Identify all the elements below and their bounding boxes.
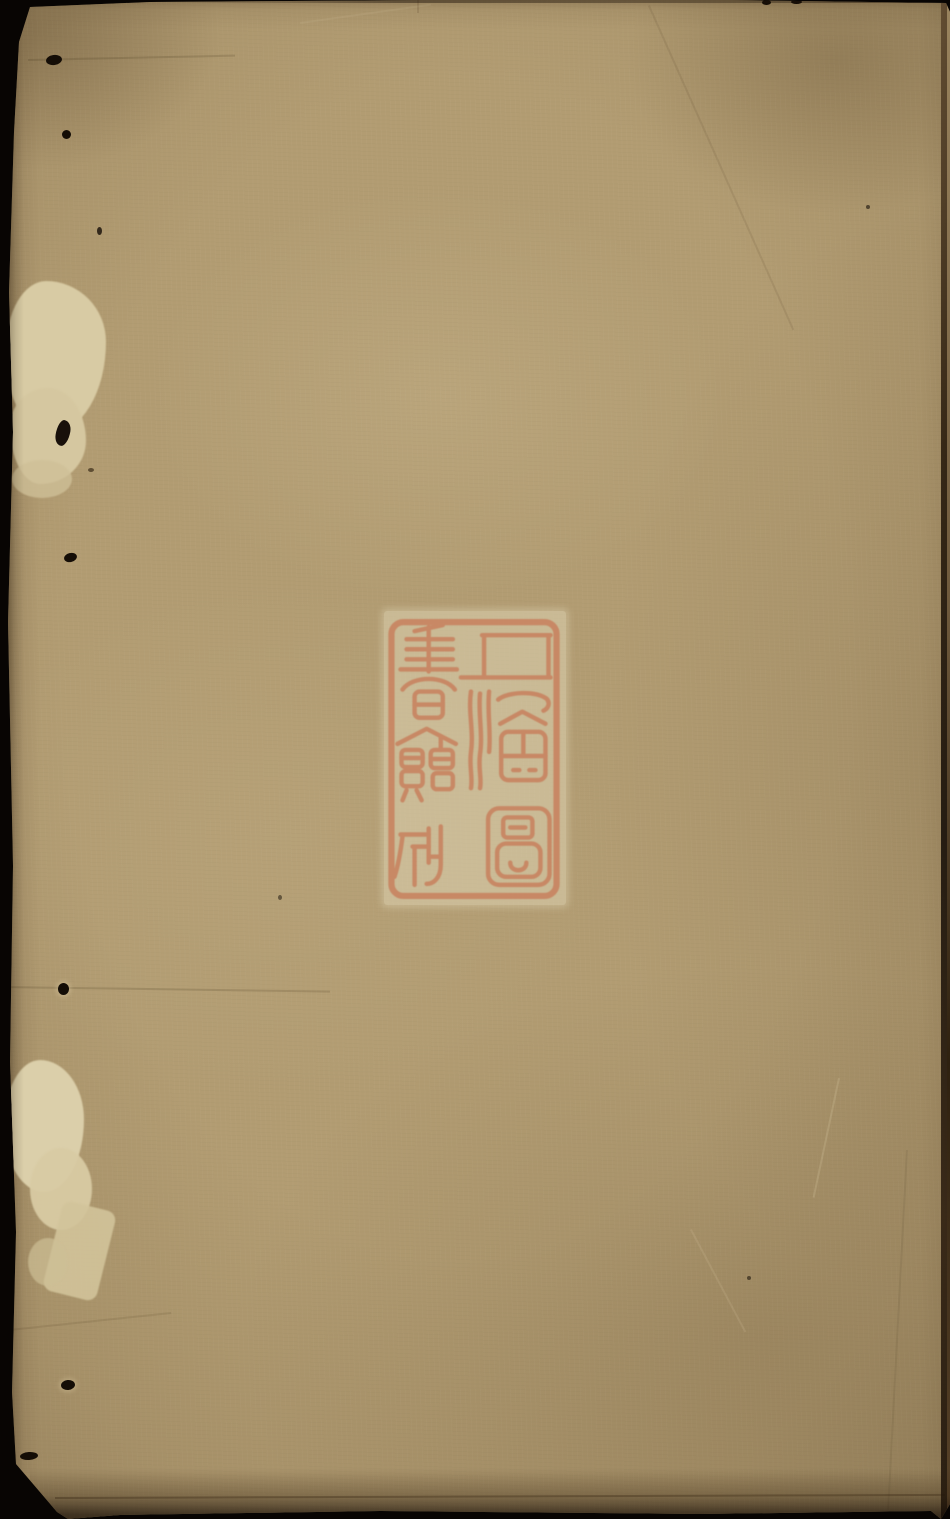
binding-hole [63, 552, 78, 564]
library-seal-stamp: 上海圖書館印 [384, 611, 566, 905]
seal-char-yin [394, 826, 440, 884]
seal-char-hai [470, 692, 549, 789]
crease-line [0, 1312, 171, 1332]
top-edge-shadow [160, 0, 950, 3]
stain-speck [278, 895, 282, 900]
crease-line [648, 5, 794, 330]
crease-line [0, 986, 330, 993]
crease-line [887, 1150, 908, 1510]
torn-patch-lower [28, 1238, 68, 1286]
stain-speck [866, 205, 870, 209]
seal-svg [384, 611, 566, 905]
binding-hole [58, 983, 69, 995]
binding-hole [97, 227, 102, 235]
crease-highlight [300, 4, 431, 24]
binding-hole [61, 1379, 76, 1390]
stain-speck [88, 468, 94, 472]
scan-background: 上海圖書館印 [0, 0, 950, 1519]
book-cover-page: 上海圖書館印 [0, 0, 950, 1519]
crease-highlight [690, 1229, 746, 1332]
binding-hole [62, 130, 71, 139]
seal-char-shu [400, 625, 456, 718]
seal-char-guan [397, 729, 455, 800]
binding-hole [45, 54, 62, 66]
left-edge-shadow [6, 0, 24, 1519]
stain-speck [747, 1276, 751, 1280]
bottom-edge-shadow [30, 1468, 950, 1519]
crease-highlight [813, 1078, 840, 1198]
seal-char-shang [461, 635, 551, 677]
seal-char-tu [488, 808, 549, 885]
